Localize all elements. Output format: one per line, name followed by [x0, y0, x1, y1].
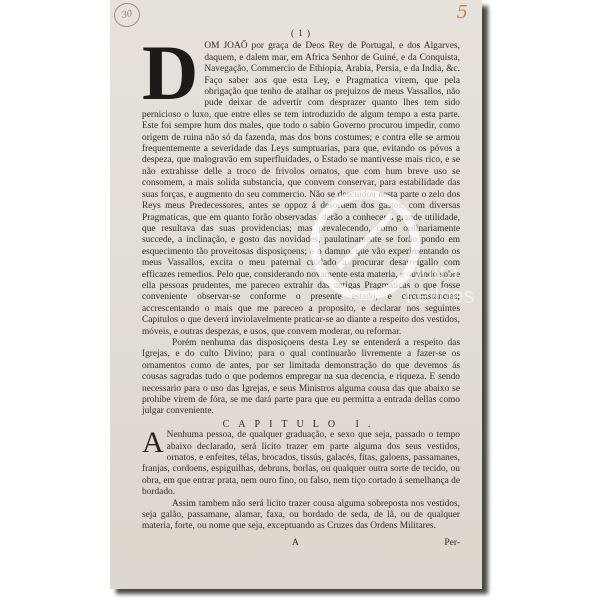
document-text: ( 1 ) D OM JOAÕ por graça de Deos Rey de… [142, 28, 460, 549]
chapter-heading: CAPITULO I. [142, 419, 460, 430]
final-paragraph: Assim tambem não será licito trazer cous… [142, 499, 460, 533]
signature-mark: A [292, 538, 299, 549]
opening-paragraph: D OM JOAÕ por graça de Deos Rey de Portu… [142, 41, 460, 338]
chapter-paragraph: A Nenhuma pessoa, de qualquer graduação,… [142, 430, 460, 498]
second-paragraph: Porém nenhuma das disposiçoens desta Ley… [142, 338, 460, 418]
chapter-initial-letter: A [142, 431, 164, 455]
ink-page-annotation: 5 [457, 2, 468, 23]
chapter-paragraph-text: Nenhuma pessoa, de qualquer graduação, e… [142, 430, 460, 497]
page-footer: A Per- [142, 538, 460, 549]
document-page: 30 5 ( 1 ) D OM JOAÕ por graça de Deos R… [110, 0, 482, 589]
pencil-page-annotation: 30 [112, 1, 142, 29]
catchword: Per- [444, 538, 460, 549]
dropcap-letter: D [142, 43, 198, 107]
